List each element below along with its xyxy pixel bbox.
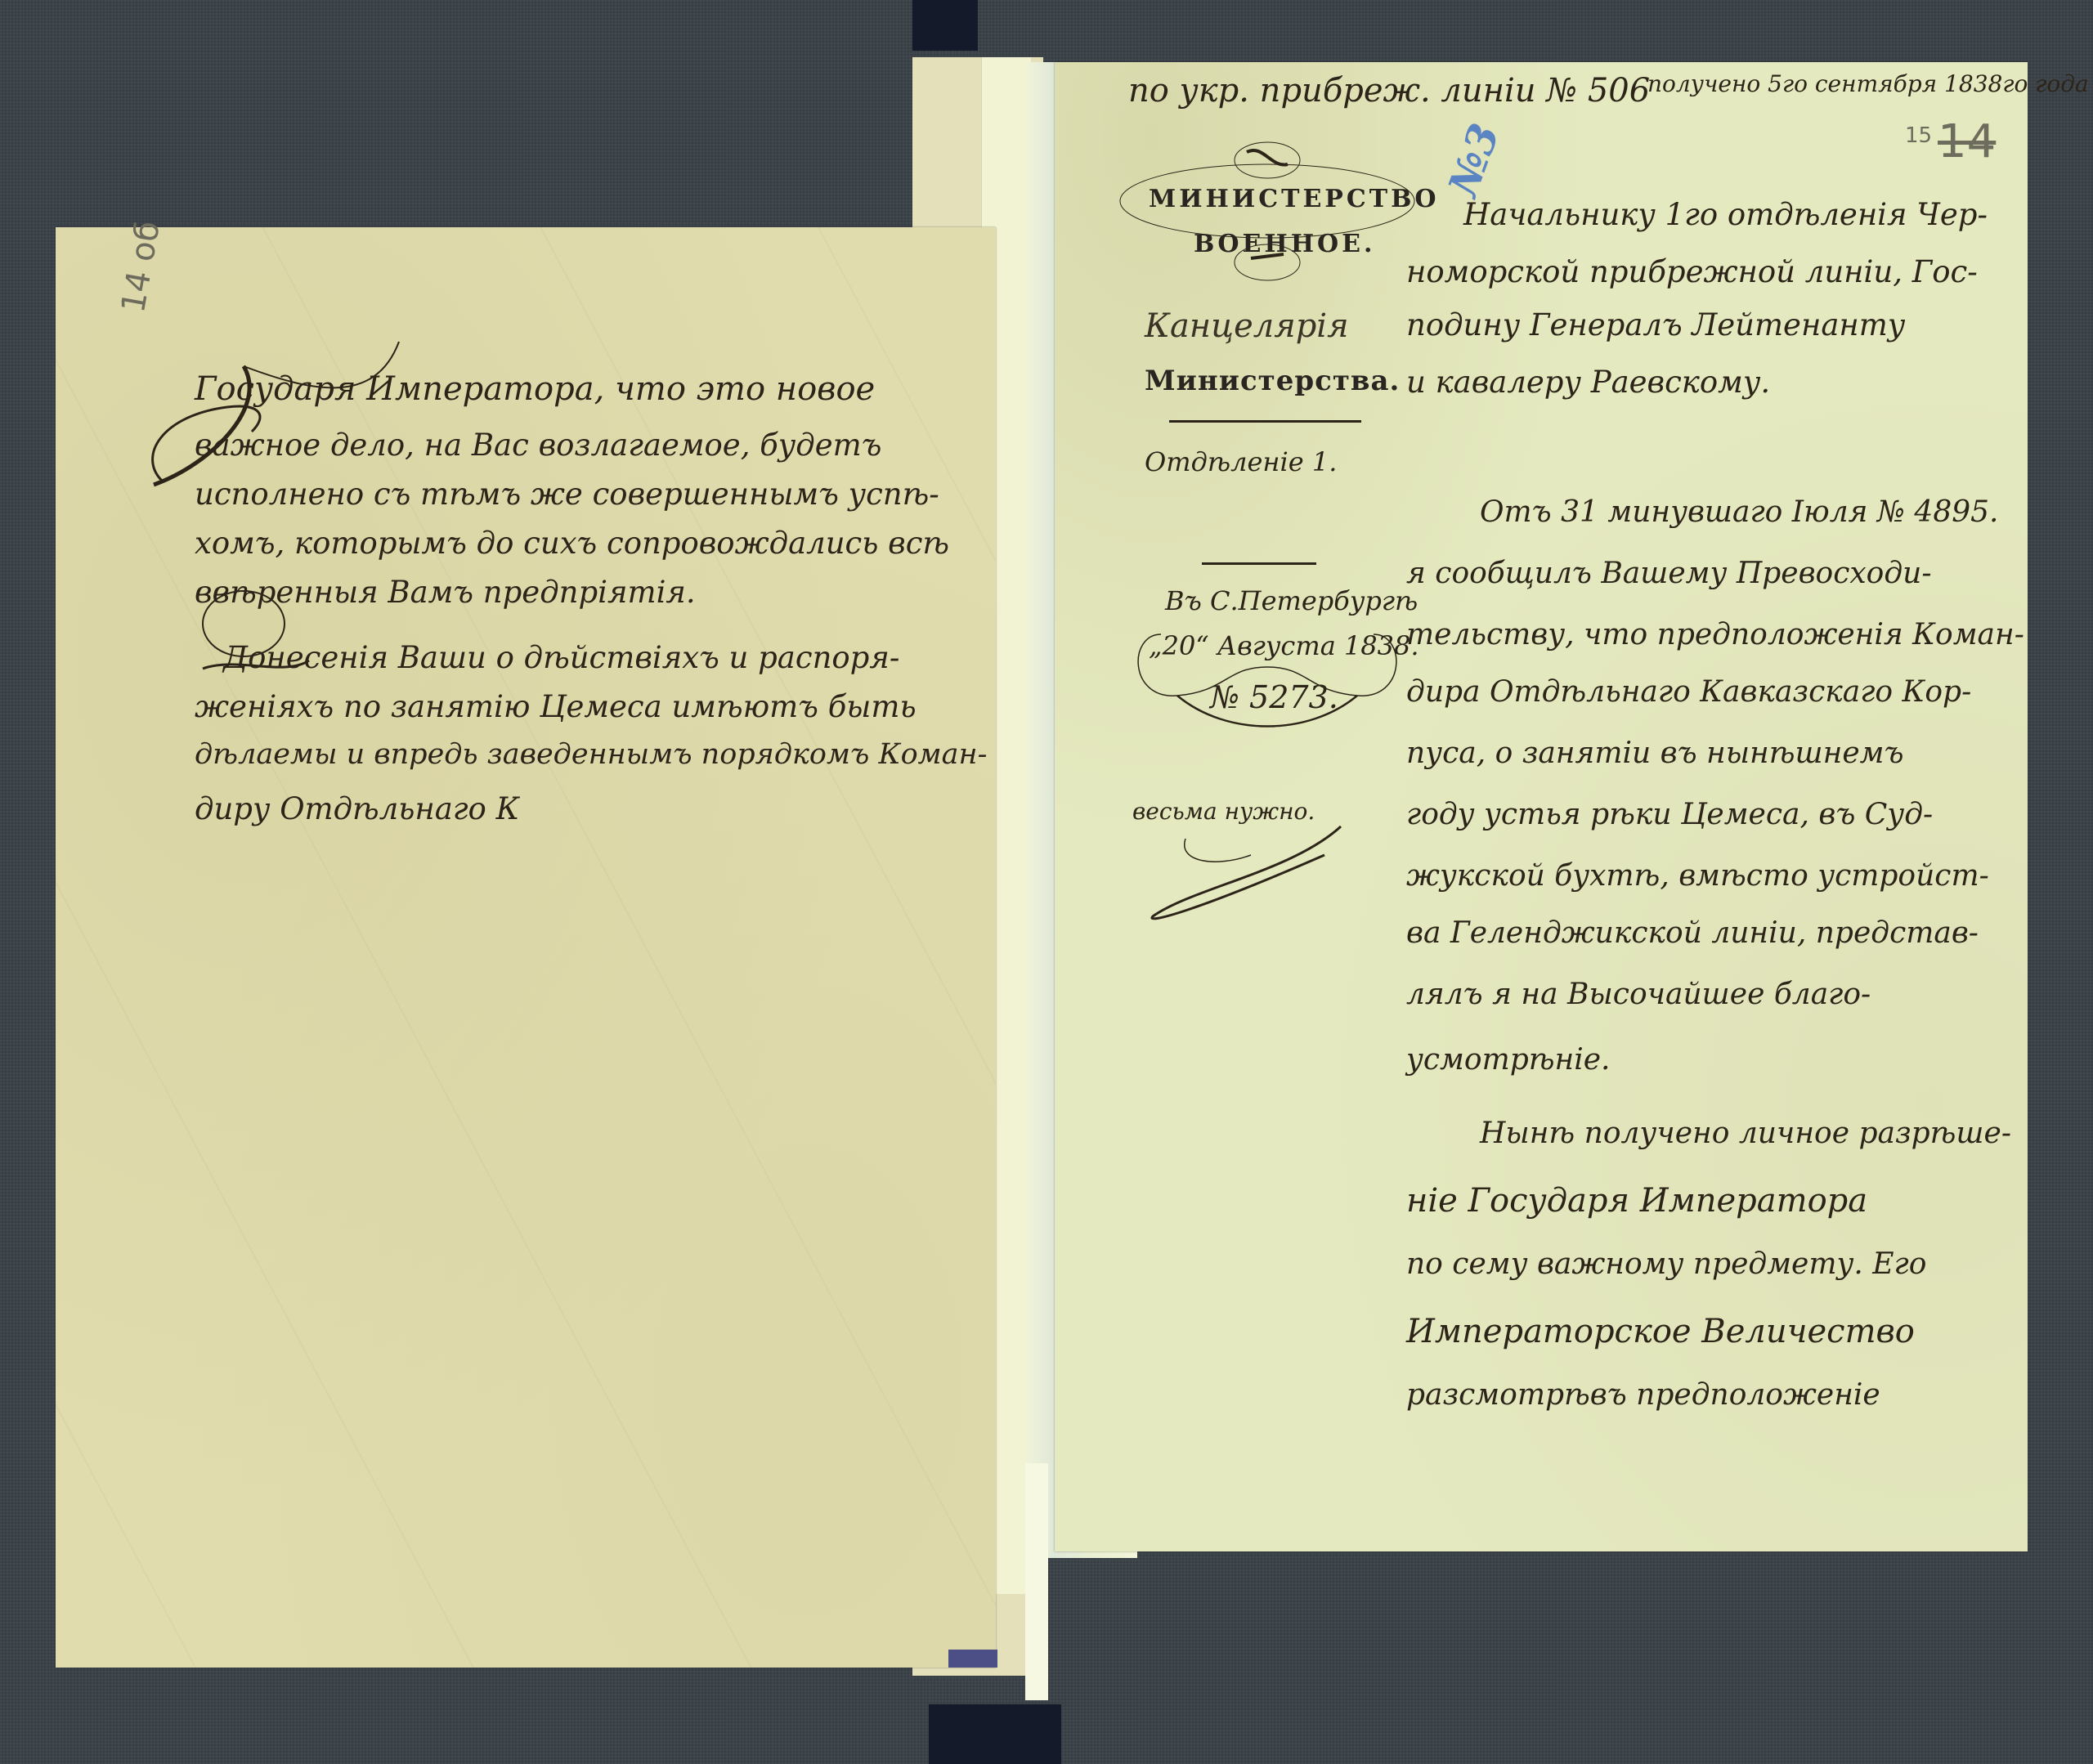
right-line-13: лялъ я на Высочайшее благо- — [1406, 978, 1871, 1011]
letterhead-military: ВОЕННОЕ. — [1194, 230, 1376, 258]
urgency-flourish — [1145, 822, 1374, 929]
right-line-11: жукской бухтѣ, вмѣсто устройст- — [1406, 859, 1989, 893]
received-note: получено 5го сентября 1838го года — [1647, 70, 2089, 97]
right-line-4: и кавалеру Раевскому. — [1406, 365, 1770, 400]
header-registry-note: по укр. прибреж. линіи № 506 — [1128, 72, 1650, 110]
letterhead-chancellery: Канцелярія — [1145, 307, 1349, 345]
date-cartouche — [1128, 602, 1406, 741]
left-page: 14 об Государя Императора, что это новое… — [56, 227, 996, 1668]
blue-pencil-number-mark: №3 — [1439, 118, 1509, 203]
right-line-9: пуса, о занятіи въ нынѣшнемъ — [1406, 736, 1903, 770]
letterhead-place: Въ С.Петербургѣ — [1165, 585, 1418, 616]
letterhead-rule-2 — [1202, 562, 1316, 565]
right-line-6: я сообщилъ Вашему Превосходи- — [1406, 557, 1932, 590]
letterhead-department: Отдѣленіе 1. — [1145, 446, 1337, 477]
binding-dark-band-bottom — [929, 1704, 1061, 1764]
guard-strip-bottom — [1025, 1463, 1048, 1700]
left-line-2: важное дело, на Вас возлагаемое, будетъ — [195, 428, 881, 463]
left-line-9: диру Отдѣльнаго К — [195, 791, 519, 826]
letterhead-date: „20“ Августа 1838. — [1149, 630, 1419, 661]
letterhead-number: № 5273. — [1210, 679, 1338, 715]
right-line-5: Отъ 31 минувшаго Іюля № 4895. — [1480, 495, 1998, 529]
blue-paper-tear — [948, 1650, 997, 1668]
right-line-8: дира Отдѣльнаго Кавказскаго Кор- — [1406, 675, 1971, 709]
letterhead-rule — [1169, 420, 1361, 423]
left-line-6: Донесенія Ваши о дѣйствіяхъ и распоря- — [223, 640, 899, 675]
right-line-18: Императорское Величество — [1406, 1313, 1915, 1350]
right-line-19: разсмотрѣвъ предположеніе — [1406, 1378, 1880, 1412]
right-line-1: Начальнику 1го отдѣленія Чер- — [1463, 197, 1988, 232]
left-line-1: Государя Императора, что это новое — [195, 370, 875, 408]
right-line-7: тельству, что предположенія Коман- — [1406, 618, 2024, 651]
folio-mark-left: 14 об — [114, 218, 168, 316]
right-line-16: ніе Государя Императора — [1406, 1182, 1867, 1220]
left-line-7: женіяхъ по занятію Цемеса имѣютъ быть — [195, 689, 917, 724]
right-line-14: усмотрѣніе. — [1406, 1043, 1611, 1077]
right-line-17: по сему важному предмету. Его — [1406, 1247, 1926, 1281]
folio-mark-right: 15 — [1905, 123, 1932, 148]
right-line-15: Нынѣ получено личное разрѣше- — [1480, 1117, 2011, 1150]
left-line-3: исполнено съ тѣмъ же совершеннымъ успѣ- — [195, 477, 939, 512]
right-line-10: году устья рѣки Цемеса, въ Суд- — [1406, 798, 1933, 831]
left-line-8: дѣлаемы и впредь заведеннымъ порядкомъ К… — [195, 738, 987, 771]
right-line-2: номорской прибрежной линіи, Гос- — [1406, 254, 1978, 289]
letterhead-ministry: МИНИСТЕРСТВО — [1149, 185, 1440, 213]
right-line-3: подину Генералъ Лейтенанту — [1406, 307, 1905, 343]
folio-mark-struck: 14 — [1938, 115, 1996, 168]
letterhead-of-ministry: Министерства. — [1145, 365, 1400, 397]
left-line-4: хомъ, которымъ до сихъ сопровождались вс… — [195, 526, 949, 561]
binding-dark-band-top — [912, 0, 978, 51]
right-line-12: ва Геленджикской линіи, представ- — [1406, 916, 1979, 950]
urgency-mark: весьма нужно. — [1132, 798, 1315, 825]
right-page: по укр. прибреж. линіи № 506 получено 5г… — [1055, 62, 2028, 1551]
